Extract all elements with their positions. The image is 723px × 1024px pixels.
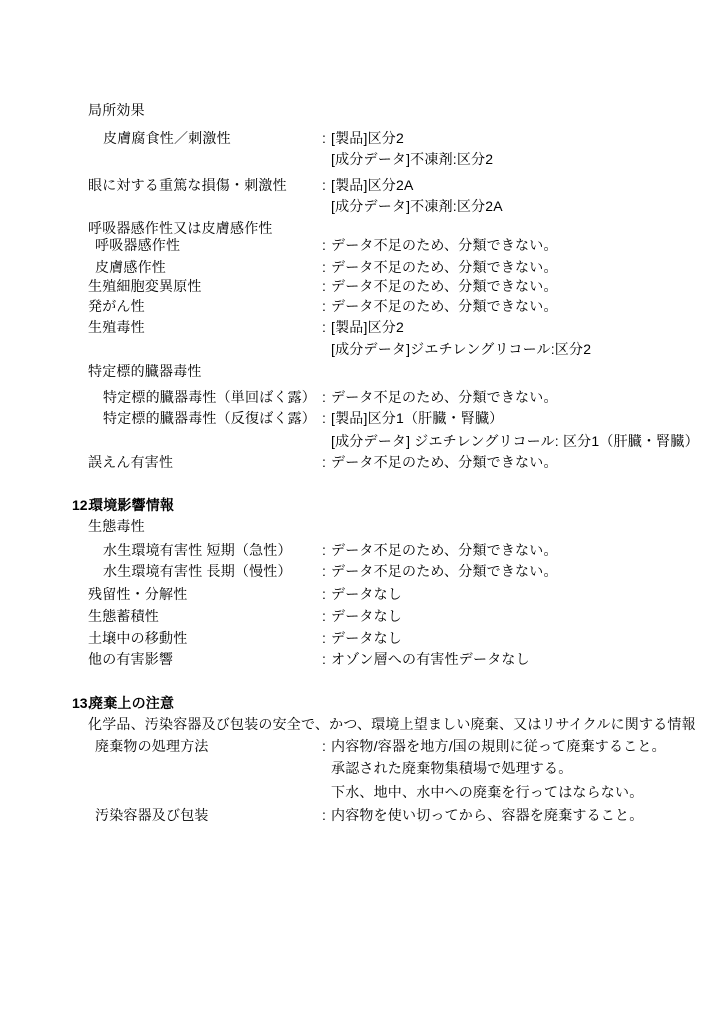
label-value-separator: :: [322, 387, 326, 409]
document-row: 特定標的臓器毒性（反復ばく露）:[製品]区分1（肝臓・腎臓）: [0, 408, 723, 430]
sds-document-page: 局所効果皮膚腐食性／刺激性:[製品]区分2[成分データ]不凍剤:区分2眼に対する…: [0, 0, 723, 1024]
label-value-separator: :: [322, 649, 326, 671]
document-row: 残留性・分解性:データなし: [0, 584, 723, 606]
field-label: 皮膚感作性: [95, 257, 166, 279]
field-label: 生態蓄積性: [88, 606, 159, 628]
field-label: 汚染容器及び包装: [95, 805, 209, 827]
section-heading-disposal-considerations: 13.廃棄上の注意: [0, 693, 723, 715]
field-value: [製品]区分2: [331, 128, 404, 150]
field-value: データ不足のため、分類できない。: [331, 257, 558, 279]
field-value: [製品]区分2A: [331, 175, 414, 197]
document-row: 廃棄物の処理方法:内容物/容器を地方/国の規則に従って廃棄すること。: [0, 736, 723, 758]
field-value: データ不足のため、分類できない。: [331, 296, 558, 318]
field-value: データ不足のため、分類できない。: [331, 235, 558, 257]
document-row: 生態毒性: [0, 516, 723, 538]
label-value-separator: :: [322, 235, 326, 257]
label-value-separator: :: [322, 128, 326, 150]
label-value-separator: :: [322, 805, 326, 827]
document-row: 水生環境有害性 短期（急性）:データ不足のため、分類できない。: [0, 540, 723, 562]
field-value: オゾン層への有害性データなし: [331, 649, 530, 671]
field-label: 他の有害影響: [88, 649, 173, 671]
label-value-separator: :: [322, 175, 326, 197]
label-value-separator: :: [322, 561, 326, 583]
document-row: 発がん性:データ不足のため、分類できない。: [0, 296, 723, 318]
field-label: 水生環境有害性 長期（慢性）: [103, 561, 292, 583]
document-row: 生殖毒性:[製品]区分2: [0, 317, 723, 339]
field-label: 水生環境有害性 短期（急性）: [103, 540, 292, 562]
field-label: 呼吸器感作性: [95, 235, 180, 257]
document-row: [成分データ]ジエチレングリコール:区分2: [0, 339, 723, 361]
document-row: 呼吸器感作性:データ不足のため、分類できない。: [0, 235, 723, 257]
field-value: データ不足のため、分類できない。: [331, 452, 558, 474]
field-value: 下水、地中、水中への廃棄を行ってはならない。: [331, 782, 643, 804]
field-value: データ不足のため、分類できない。: [331, 387, 558, 409]
field-value: [成分データ] ジエチレングリコール: 区分1（肝臓・腎臓）: [331, 431, 699, 453]
field-label: 局所効果: [88, 100, 145, 122]
label-value-separator: :: [322, 606, 326, 628]
label-value-separator: :: [322, 317, 326, 339]
label-value-separator: :: [322, 584, 326, 606]
field-value: データ不足のため、分類できない。: [331, 276, 558, 298]
field-label: 生殖毒性: [88, 317, 145, 339]
document-row: 承認された廃棄物集積場で処理する。: [0, 758, 723, 780]
document-row: 水生環境有害性 長期（慢性）:データ不足のため、分類できない。: [0, 561, 723, 583]
field-label: 生態毒性: [88, 516, 145, 538]
field-value: [製品]区分2: [331, 317, 404, 339]
document-row: 下水、地中、水中への廃棄を行ってはならない。: [0, 782, 723, 804]
document-row: 特定標的臓器毒性（単回ばく露）:データ不足のため、分類できない。: [0, 387, 723, 409]
document-content: 局所効果皮膚腐食性／刺激性:[製品]区分2[成分データ]不凍剤:区分2眼に対する…: [0, 100, 723, 827]
label-value-separator: :: [322, 540, 326, 562]
field-value: [成分データ]ジエチレングリコール:区分2: [331, 339, 591, 361]
document-row: 他の有害影響:オゾン層への有害性データなし: [0, 649, 723, 671]
field-label: 生殖細胞変異原性: [88, 276, 202, 298]
field-value: 内容物を使い切ってから、容器を廃棄すること。: [331, 805, 643, 827]
section-heading-environmental-information: 12.環境影響情報: [0, 495, 723, 517]
document-row: 特定標的臓器毒性: [0, 361, 723, 383]
document-row: 誤えん有害性:データ不足のため、分類できない。: [0, 452, 723, 474]
field-value: データなし: [331, 606, 402, 628]
field-value: データ不足のため、分類できない。: [331, 540, 558, 562]
section-title: 環境影響情報: [89, 495, 174, 517]
label-value-separator: :: [322, 452, 326, 474]
document-row: 生態蓄積性:データなし: [0, 606, 723, 628]
field-label: 残留性・分解性: [88, 584, 187, 606]
label-value-separator: :: [322, 276, 326, 298]
field-value: 承認された廃棄物集積場で処理する。: [331, 758, 572, 780]
field-value: データなし: [331, 628, 402, 650]
document-row: [成分データ]不凍剤:区分2A: [0, 196, 723, 218]
document-row: 生殖細胞変異原性:データ不足のため、分類できない。: [0, 276, 723, 298]
label-value-separator: :: [322, 408, 326, 430]
label-value-separator: :: [322, 628, 326, 650]
field-label: 皮膚腐食性／刺激性: [103, 128, 231, 150]
field-value: [成分データ]不凍剤:区分2: [331, 149, 493, 171]
field-value: [成分データ]不凍剤:区分2A: [331, 196, 503, 218]
label-value-separator: :: [322, 736, 326, 758]
field-value: データなし: [331, 584, 402, 606]
label-value-separator: :: [322, 296, 326, 318]
field-value: 内容物/容器を地方/国の規則に従って廃棄すること。: [331, 736, 666, 758]
field-label: 眼に対する重篤な損傷・刺激性: [88, 175, 287, 197]
document-row: 局所効果: [0, 100, 723, 122]
field-label: 特定標的臓器毒性: [88, 361, 202, 383]
field-label: 特定標的臓器毒性（反復ばく露）: [103, 408, 316, 430]
field-label: 化学品、汚染容器及び包装の安全で、かつ、環境上望ましい廃棄、又はリサイクルに関す…: [88, 714, 696, 736]
document-row: [成分データ]不凍剤:区分2: [0, 149, 723, 171]
document-row: 眼に対する重篤な損傷・刺激性:[製品]区分2A: [0, 175, 723, 197]
field-value: [製品]区分1（肝臓・腎臓）: [331, 408, 503, 430]
document-row: 皮膚腐食性／刺激性:[製品]区分2: [0, 128, 723, 150]
field-label: 廃棄物の処理方法: [95, 736, 209, 758]
field-label: 特定標的臓器毒性（単回ばく露）: [103, 387, 316, 409]
label-value-separator: :: [322, 257, 326, 279]
field-label: 発がん性: [88, 296, 145, 318]
field-label: 土壌中の移動性: [88, 628, 187, 650]
document-row: 化学品、汚染容器及び包装の安全で、かつ、環境上望ましい廃棄、又はリサイクルに関す…: [0, 714, 723, 736]
document-row: 汚染容器及び包装:内容物を使い切ってから、容器を廃棄すること。: [0, 805, 723, 827]
section-title: 廃棄上の注意: [89, 693, 174, 715]
document-row: 皮膚感作性:データ不足のため、分類できない。: [0, 257, 723, 279]
field-label: 誤えん有害性: [88, 452, 173, 474]
document-row: [成分データ] ジエチレングリコール: 区分1（肝臓・腎臓）: [0, 431, 723, 453]
field-value: データ不足のため、分類できない。: [331, 561, 558, 583]
document-row: 土壌中の移動性:データなし: [0, 628, 723, 650]
